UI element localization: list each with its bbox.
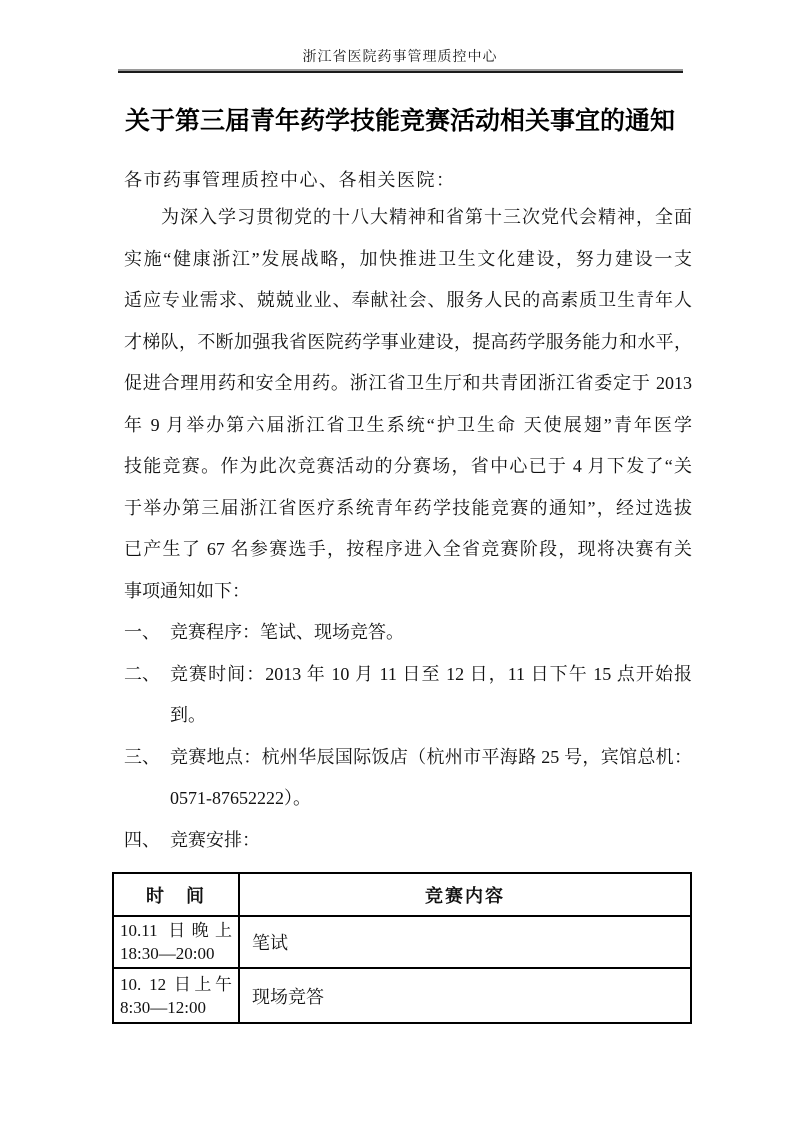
body-paragraph: 为深入学习贯彻党的十八大精神和省第十三次党代会精神，全面实施“健康浙江”发展战略… xyxy=(124,197,692,612)
list-item-text: 竞赛时间：2013 年 10 月 11 日至 12 日，11 日下午 15 点开… xyxy=(170,654,692,737)
paragraph-line: 年 9 月举办第六届浙江省卫生系统“护卫生命 天使展翅”青年医学 xyxy=(124,405,692,447)
paragraph-line: 事项通知如下： xyxy=(124,571,692,613)
paragraph-line: 促进合理用药和安全用药。浙江省卫生厅和共青团浙江省委定于 2013 xyxy=(124,363,692,405)
schedule-header-row: 时 间 竞赛内容 xyxy=(113,873,691,916)
header-divider-rule xyxy=(118,71,683,73)
list-item-number: 四、 xyxy=(124,820,170,862)
schedule-time-cell: 10. 12 日上午8:30—12:00 xyxy=(113,968,239,1023)
list-item-number: 二、 xyxy=(124,654,170,696)
list-item-line: 竞赛地点：杭州华辰国际饭店（杭州市平海路 25 号，宾馆总机： xyxy=(170,737,692,779)
list-item: 二、竞赛时间：2013 年 10 月 11 日至 12 日，11 日下午 15 … xyxy=(124,654,692,737)
schedule-table: 时 间 竞赛内容 10.11 日晚上18:30—20:00笔试10. 12 日上… xyxy=(112,872,692,1024)
document-page: 浙江省医院药事管理质控中心 关于第三届青年药学技能竞赛活动相关事宜的通知 各市药… xyxy=(0,0,800,1131)
list-item-line: 竞赛安排： xyxy=(170,820,692,862)
schedule-time-line: 8:30—12:00 xyxy=(120,996,232,1019)
paragraph-line: 适应专业需求、兢兢业业、奉献社会、服务人民的高素质卫生青年人 xyxy=(124,280,692,322)
paragraph-line: 于举办第三届浙江省医疗系统青年药学技能竞赛的通知”，经过选拔 xyxy=(124,488,692,530)
numbered-list: 一、竞赛程序：笔试、现场竞答。二、竞赛时间：2013 年 10 月 11 日至 … xyxy=(124,612,692,861)
schedule-time-cell: 10.11 日晚上18:30—20:00 xyxy=(113,916,239,968)
list-item-line: 0571-87652222）。 xyxy=(170,778,692,820)
schedule-time-line: 10.11 日晚上 xyxy=(120,919,232,942)
list-item: 一、竞赛程序：笔试、现场竞答。 xyxy=(124,612,692,654)
list-item-line: 竞赛程序：笔试、现场竞答。 xyxy=(170,612,692,654)
list-item-number: 三、 xyxy=(124,737,170,779)
page-header-text: 浙江省医院药事管理质控中心 xyxy=(0,46,800,66)
list-item: 三、竞赛地点：杭州华辰国际饭店（杭州市平海路 25 号，宾馆总机：0571-87… xyxy=(124,737,692,820)
paragraph-line: 才梯队，不断加强我省医院药学事业建设，提高药学服务能力和水平， xyxy=(124,322,692,364)
paragraph-line: 技能竞赛。作为此次竞赛活动的分赛场，省中心已于 4 月下发了“关 xyxy=(124,446,692,488)
list-item: 四、竞赛安排： xyxy=(124,820,692,862)
paragraph-line: 已产生了 67 名参赛选手，按程序进入全省竞赛阶段，现将决赛有关 xyxy=(124,529,692,571)
list-item-text: 竞赛安排： xyxy=(170,820,692,862)
schedule-row: 10.11 日晚上18:30—20:00笔试 xyxy=(113,916,691,968)
list-item-line: 竞赛时间：2013 年 10 月 11 日至 12 日，11 日下午 15 点开… xyxy=(170,654,692,696)
list-item-text: 竞赛地点：杭州华辰国际饭店（杭州市平海路 25 号，宾馆总机：0571-8765… xyxy=(170,737,692,820)
list-item-number: 一、 xyxy=(124,612,170,654)
schedule-time-line: 18:30—20:00 xyxy=(120,942,232,965)
schedule-row: 10. 12 日上午8:30—12:00现场竞答 xyxy=(113,968,691,1023)
paragraph-line: 为深入学习贯彻党的十八大精神和省第十三次党代会精神，全面 xyxy=(124,197,692,239)
schedule-content-cell: 现场竞答 xyxy=(239,968,691,1023)
column-header-content: 竞赛内容 xyxy=(239,873,691,916)
paragraph-line: 实施“健康浙江”发展战略，加快推进卫生文化建设，努力建设一支 xyxy=(124,239,692,281)
document-title: 关于第三届青年药学技能竞赛活动相关事宜的通知 xyxy=(0,101,800,137)
salutation-line: 各市药事管理质控中心、各相关医院： xyxy=(124,166,692,192)
schedule-time-line: 10. 12 日上午 xyxy=(120,973,232,996)
list-item-text: 竞赛程序：笔试、现场竞答。 xyxy=(170,612,692,654)
schedule-content-cell: 笔试 xyxy=(239,916,691,968)
column-header-time: 时 间 xyxy=(113,873,239,916)
list-item-line: 到。 xyxy=(170,695,692,737)
